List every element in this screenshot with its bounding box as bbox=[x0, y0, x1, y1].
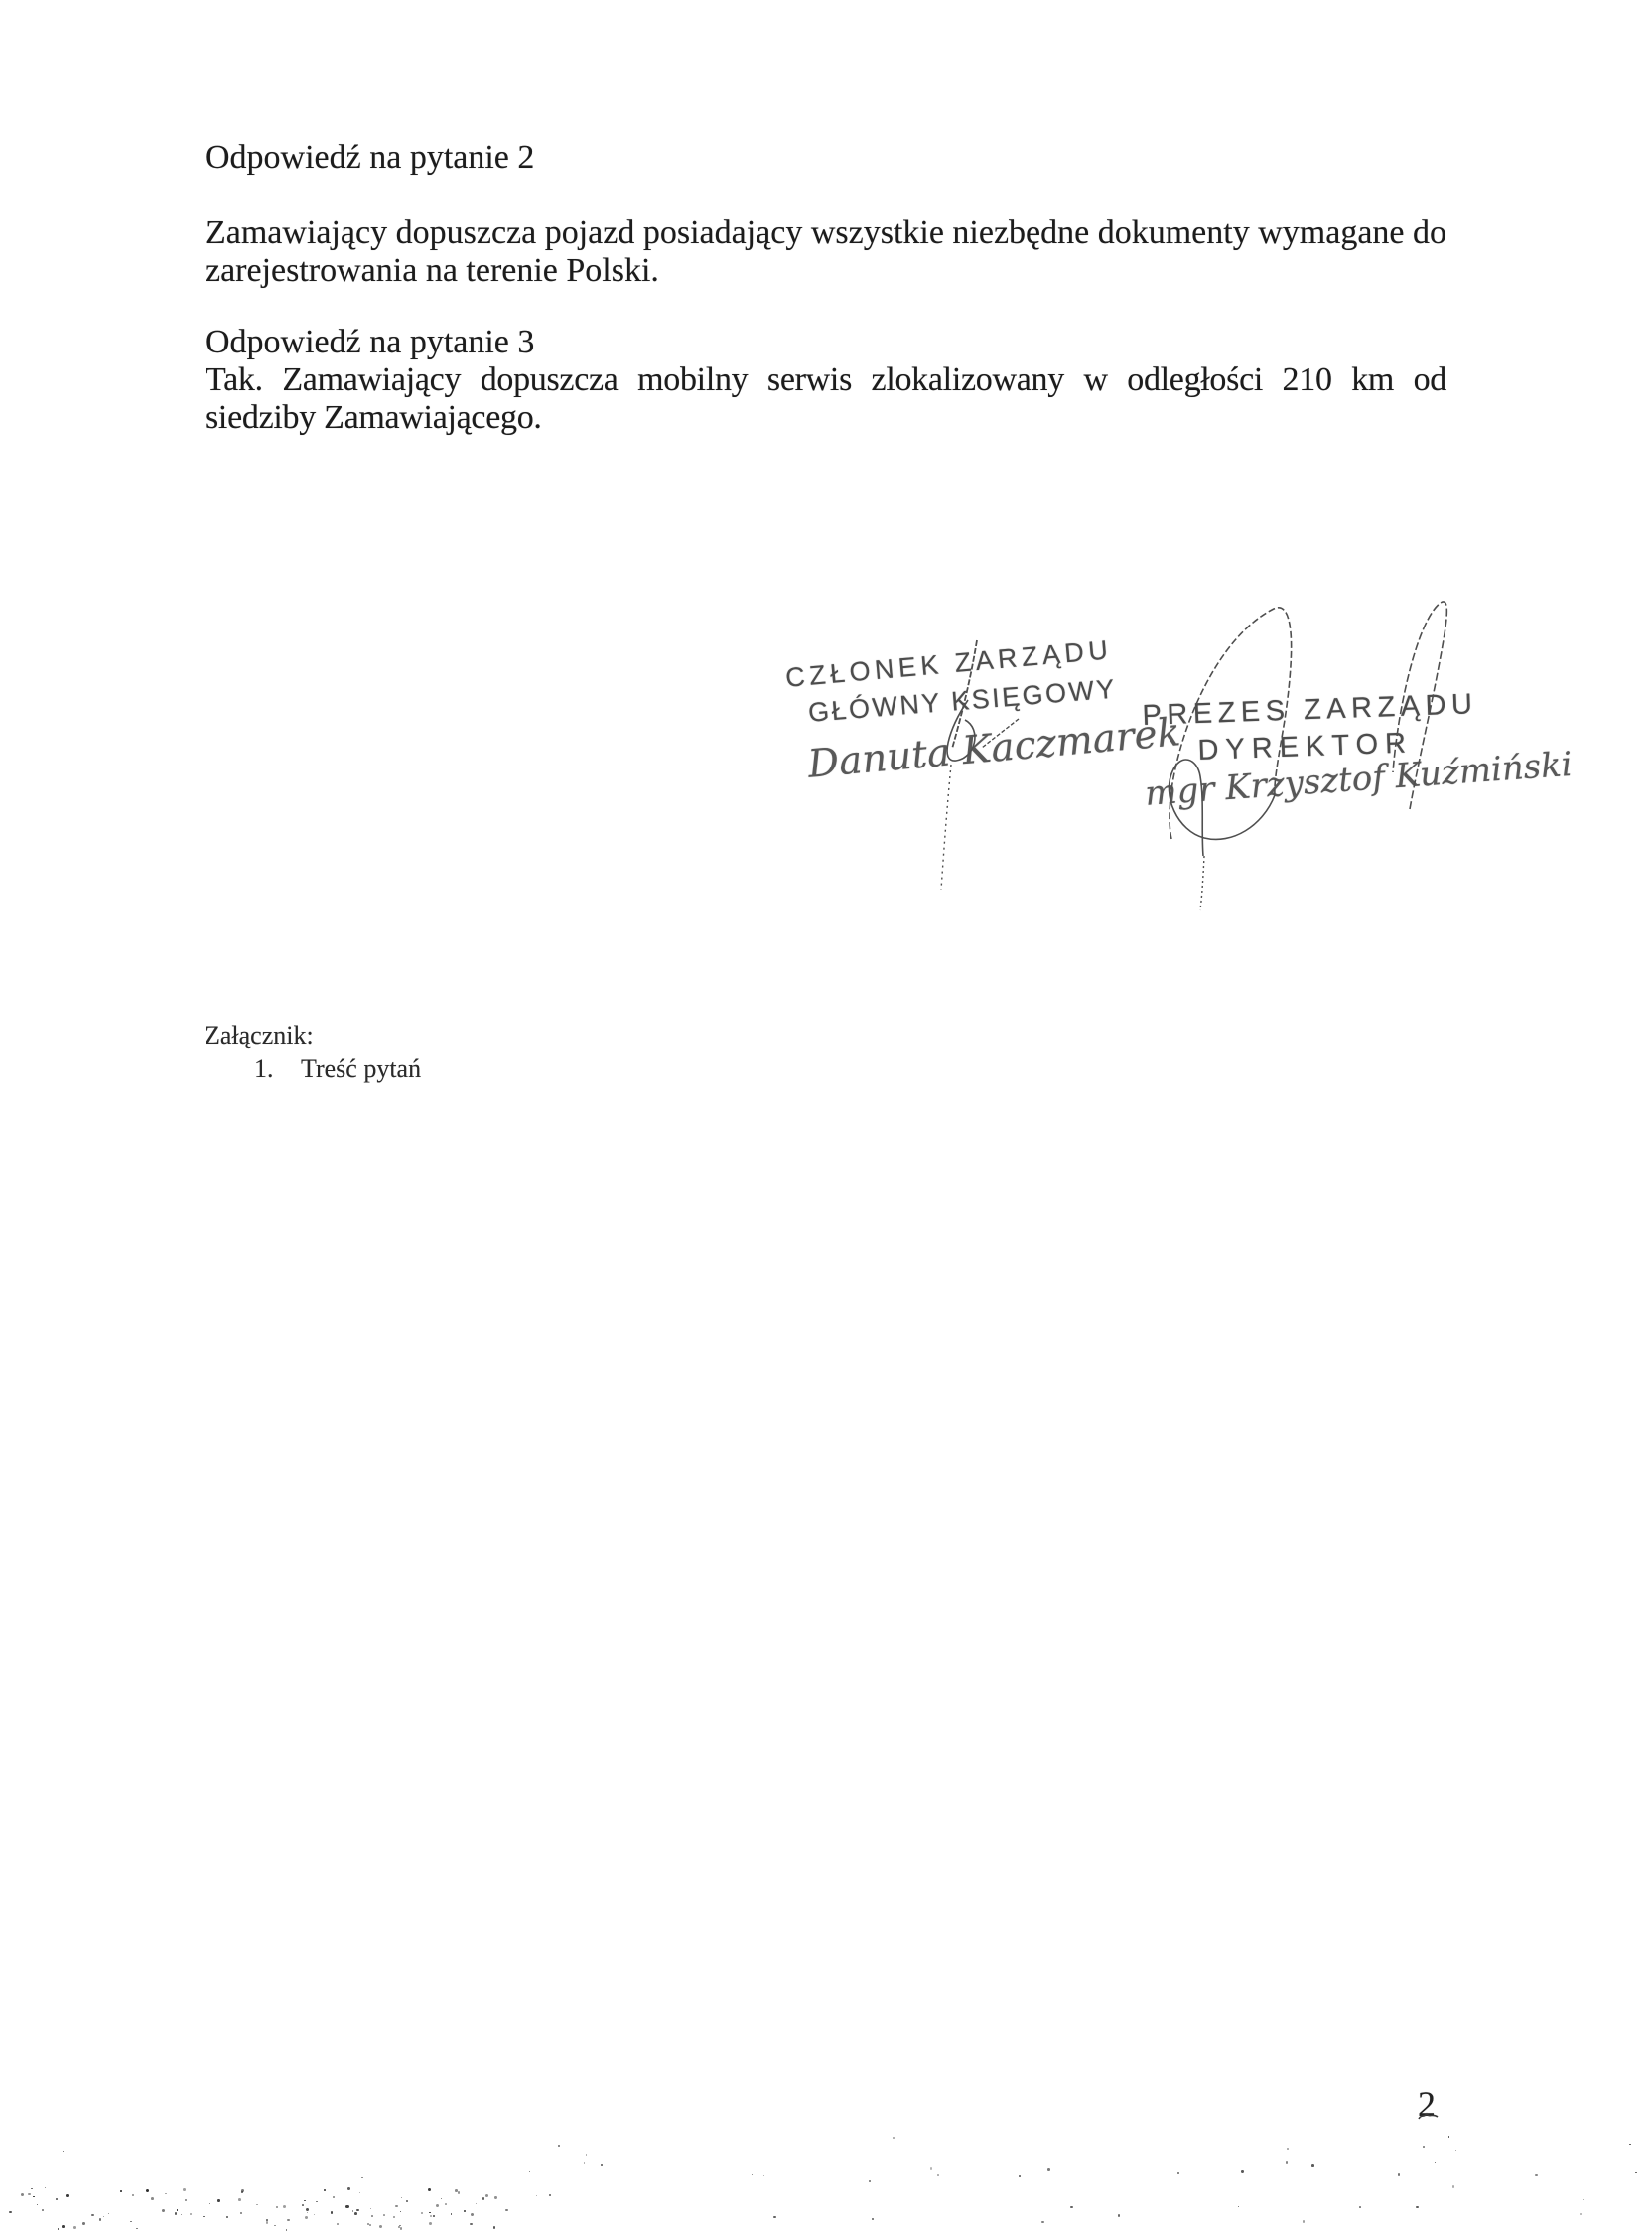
noise-dot bbox=[306, 2208, 309, 2211]
noise-dot bbox=[494, 2196, 496, 2198]
noise-dot bbox=[464, 2210, 466, 2212]
noise-dot bbox=[347, 2187, 350, 2190]
noise-dot bbox=[21, 2193, 24, 2196]
noise-dot bbox=[287, 2219, 289, 2221]
noise-dot bbox=[58, 2228, 60, 2230]
noise-dot bbox=[361, 2177, 362, 2178]
noise-dot bbox=[62, 2225, 65, 2228]
noise-dot bbox=[773, 2216, 775, 2218]
answer3-heading: Odpowiedź na pytanie 3 bbox=[206, 324, 534, 361]
noise-dot bbox=[345, 2205, 348, 2208]
noise-dot bbox=[165, 2193, 166, 2194]
noise-dot bbox=[383, 2214, 385, 2216]
noise-dot bbox=[226, 2216, 229, 2219]
noise-dot bbox=[266, 2221, 268, 2223]
noise-dot bbox=[304, 2200, 305, 2201]
attachments-label: Załącznik: bbox=[205, 1021, 314, 1050]
noise-dot bbox=[162, 2209, 165, 2212]
noise-dot bbox=[1287, 2148, 1289, 2150]
noise-dot bbox=[529, 2171, 530, 2172]
noise-dot bbox=[1286, 2161, 1288, 2163]
noise-dot bbox=[352, 2210, 353, 2211]
noise-dot bbox=[601, 2164, 603, 2166]
noise-dot bbox=[1580, 2213, 1582, 2215]
noise-dot bbox=[558, 2145, 560, 2147]
answer2-heading: Odpowiedź na pytanie 2 bbox=[206, 139, 534, 177]
answer3-paragraph: Tak. Zamawiający dopuszcza mobilny serwi… bbox=[206, 361, 1446, 437]
noise-dot bbox=[395, 2205, 398, 2208]
noise-dot bbox=[1423, 2146, 1425, 2148]
noise-dot bbox=[190, 2213, 192, 2215]
noise-dot bbox=[136, 2228, 138, 2230]
noise-dot bbox=[421, 2212, 423, 2214]
noise-dot bbox=[401, 2197, 402, 2198]
noise-dot bbox=[307, 2212, 308, 2213]
noise-dot bbox=[120, 2190, 122, 2192]
noise-dot bbox=[1583, 2199, 1585, 2201]
noise-dot bbox=[337, 2223, 339, 2225]
noise-dot bbox=[445, 2203, 447, 2205]
noise-dot bbox=[305, 2216, 308, 2219]
noise-dot bbox=[400, 2227, 403, 2230]
noise-dot bbox=[31, 2188, 33, 2190]
noise-dot bbox=[937, 2174, 939, 2176]
scanned-document-page: Odpowiedź na pytanie 2 Zamawiający dopus… bbox=[0, 0, 1652, 2231]
signature-strokes bbox=[735, 586, 1549, 943]
noise-dot bbox=[56, 2198, 58, 2200]
noise-dot bbox=[238, 2198, 241, 2201]
noise-dot bbox=[872, 2218, 874, 2220]
noise-dot bbox=[177, 2209, 179, 2211]
noise-dot bbox=[175, 2212, 178, 2215]
noise-dot bbox=[584, 2162, 585, 2163]
noise-dot bbox=[441, 2198, 442, 2199]
ink-smudge bbox=[1418, 2111, 1440, 2121]
noise-dot bbox=[356, 2209, 359, 2212]
right-signature-loop-2 bbox=[1393, 602, 1446, 809]
noise-dot bbox=[276, 2206, 278, 2208]
noise-dot bbox=[1311, 2164, 1314, 2167]
noise-dot bbox=[1118, 2214, 1120, 2216]
noise-dot bbox=[1452, 2185, 1454, 2187]
noise-dot bbox=[217, 2199, 219, 2201]
noise-dot bbox=[132, 2194, 134, 2196]
noise-dot bbox=[1629, 2144, 1631, 2146]
noise-dot bbox=[1047, 2168, 1050, 2171]
noise-dot bbox=[146, 2189, 149, 2192]
noise-dot bbox=[333, 2196, 336, 2199]
noise-dot bbox=[203, 2216, 205, 2218]
noise-dot bbox=[274, 2225, 275, 2226]
noise-dot bbox=[316, 2201, 318, 2203]
noise-dot bbox=[471, 2213, 474, 2216]
noise-dot bbox=[370, 2208, 371, 2209]
noise-dot bbox=[1416, 2206, 1418, 2208]
noise-dot bbox=[1359, 2206, 1361, 2208]
noise-dot bbox=[240, 2212, 242, 2214]
noise-dot bbox=[470, 2223, 473, 2226]
noise-dot bbox=[42, 2209, 44, 2211]
noise-dot bbox=[429, 2212, 430, 2213]
noise-dot bbox=[549, 2194, 551, 2196]
noise-dot bbox=[458, 2191, 461, 2194]
noise-dot bbox=[82, 2222, 85, 2225]
noise-dot bbox=[393, 2216, 395, 2218]
noise-dot bbox=[1448, 2136, 1450, 2138]
noise-dot bbox=[369, 2224, 371, 2226]
noise-dot bbox=[1070, 2206, 1073, 2209]
noise-dot bbox=[91, 2214, 94, 2217]
noise-dot bbox=[406, 2200, 408, 2202]
noise-dot bbox=[869, 2180, 871, 2182]
noise-dot bbox=[103, 2216, 104, 2217]
noise-dot bbox=[354, 2212, 357, 2215]
noise-dot bbox=[1398, 2173, 1401, 2176]
noise-dot bbox=[33, 2196, 35, 2198]
noise-dot bbox=[451, 2213, 453, 2215]
noise-dot bbox=[108, 2213, 109, 2214]
noise-dot bbox=[241, 2191, 243, 2193]
noise-dot bbox=[482, 2197, 484, 2199]
left-signature-stroke bbox=[952, 640, 977, 749]
noise-dot bbox=[37, 2204, 39, 2206]
noise-dot bbox=[324, 2189, 326, 2191]
noise-dot bbox=[586, 2154, 588, 2156]
noise-dot bbox=[1455, 2150, 1456, 2151]
noise-dot bbox=[379, 2225, 382, 2228]
noise-dot bbox=[752, 2174, 753, 2175]
left-signature-loop bbox=[947, 700, 975, 761]
noise-dot bbox=[286, 2229, 288, 2231]
noise-dot bbox=[1041, 2221, 1044, 2224]
noise-dot bbox=[45, 2187, 46, 2188]
noise-dot bbox=[476, 2203, 477, 2204]
noise-dot bbox=[536, 2195, 537, 2196]
noise-dot bbox=[73, 2226, 76, 2229]
noise-dot bbox=[28, 2193, 30, 2195]
noise-dot bbox=[9, 2211, 11, 2213]
left-signature-flourish bbox=[982, 719, 1019, 748]
noise-dot bbox=[430, 2215, 432, 2217]
right-signature-tail bbox=[1200, 856, 1204, 910]
noise-dot bbox=[493, 2226, 495, 2228]
noise-dot bbox=[371, 2215, 373, 2217]
noise-dot bbox=[428, 2188, 431, 2191]
attachment-item-text: Treść pytań bbox=[301, 1054, 421, 1084]
noise-dot bbox=[66, 2194, 69, 2197]
noise-dot bbox=[436, 2204, 439, 2207]
noise-dot bbox=[763, 2175, 764, 2176]
right-signature-loop-1 bbox=[1170, 608, 1292, 839]
noise-dot bbox=[429, 2222, 432, 2225]
noise-dot bbox=[1241, 2170, 1243, 2172]
noise-dot bbox=[209, 2203, 210, 2204]
noise-dot bbox=[283, 2205, 286, 2208]
noise-dot bbox=[1635, 2172, 1636, 2173]
noise-dot bbox=[331, 2211, 333, 2213]
noise-dot bbox=[1238, 2206, 1239, 2207]
noise-dot bbox=[359, 2192, 360, 2193]
noise-dot bbox=[181, 2214, 182, 2215]
noise-dot bbox=[1303, 2220, 1305, 2222]
noise-dot bbox=[400, 2211, 401, 2212]
noise-dot bbox=[1435, 2162, 1436, 2163]
noise-dot bbox=[1535, 2174, 1537, 2176]
noise-dot bbox=[185, 2199, 187, 2201]
noise-dot bbox=[930, 2167, 932, 2169]
noise-dot bbox=[151, 2197, 154, 2200]
noise-dot bbox=[314, 2214, 315, 2215]
left-signature-tail bbox=[941, 765, 951, 890]
noise-dot bbox=[1019, 2175, 1021, 2177]
noise-dot bbox=[183, 2188, 186, 2191]
noise-dot bbox=[1352, 2161, 1353, 2161]
noise-dot bbox=[302, 2204, 304, 2206]
noise-dot bbox=[893, 2137, 895, 2139]
noise-dot bbox=[256, 2204, 258, 2206]
noise-dot bbox=[398, 2226, 399, 2227]
noise-dot bbox=[99, 2218, 102, 2221]
noise-dot bbox=[1177, 2172, 1179, 2174]
noise-dot bbox=[485, 2194, 488, 2197]
right-signature-bottom-loop bbox=[1169, 760, 1275, 856]
noise-dot bbox=[433, 2215, 435, 2217]
attachment-item-number: 1. bbox=[254, 1054, 274, 1084]
answer2-paragraph: Zamawiający dopuszcza pojazd posiadający… bbox=[206, 214, 1446, 290]
noise-dot bbox=[505, 2209, 508, 2212]
noise-dot bbox=[130, 2221, 131, 2222]
noise-dot bbox=[63, 2151, 64, 2152]
